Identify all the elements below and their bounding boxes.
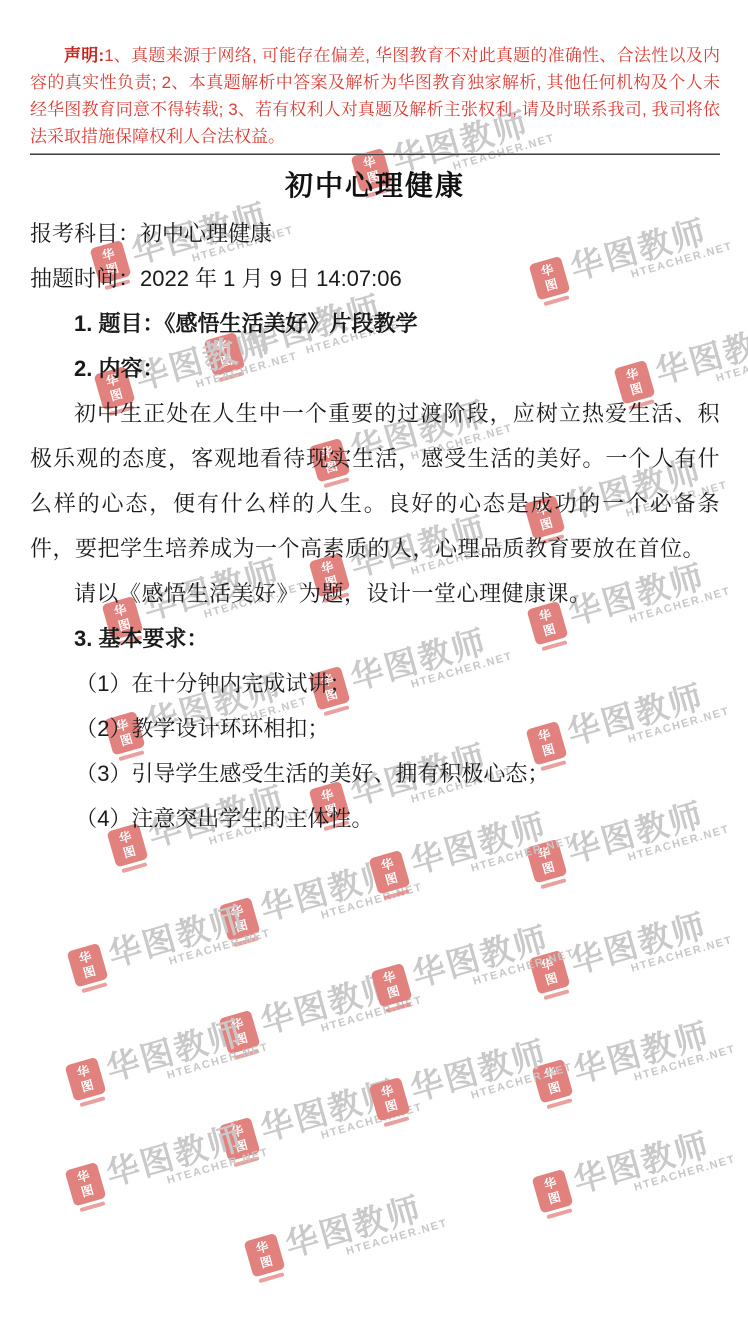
disclaimer-text: 1、真题来源于网络, 可能存在偏差, 华图教育不对此真题的准确性、合法性以及内容…: [30, 46, 720, 146]
task-paragraph: 请以《感悟生活美好》为题，设计一堂心理健康课。: [30, 571, 720, 616]
requirement-item-2: （2）教学设计环环相扣；: [30, 706, 720, 751]
watermark: 华图华图教师HTEACHER.NET: [71, 1164, 271, 1234]
page-title: 初中心理健康: [30, 165, 720, 207]
watermark: 华图华图教师HTEACHER.NET: [250, 1235, 450, 1305]
huatu-logo-icon: 华图: [370, 962, 412, 1007]
content-heading: 2. 内容：: [30, 346, 720, 391]
watermark: 华图华图教师HTEACHER.NET: [538, 1171, 738, 1241]
requirement-item-4: （4）注意突出学生的主体性。: [30, 796, 720, 841]
disclaimer-label: 声明:: [64, 46, 104, 65]
huatu-logo-icon: 华图: [368, 1076, 410, 1121]
subject-label: 报考科目：: [30, 221, 140, 246]
draw-time-label: 抽题时间：: [30, 266, 140, 291]
watermark: 华图华图教师HTEACHER.NET: [73, 945, 273, 1015]
disclaimer-paragraph: 声明:1、真题来源于网络, 可能存在偏差, 华图教育不对此真题的准确性、合法性以…: [30, 42, 720, 150]
requirements-heading: 3. 基本要求：: [30, 616, 720, 661]
requirement-item-3: （3）引导学生感受生活的美好、拥有积极心态；: [30, 751, 720, 796]
subject-value: 初中心理健康: [140, 221, 272, 246]
watermark: 华图华图教师HTEACHER.NET: [377, 965, 577, 1035]
header-divider: [30, 153, 720, 155]
huatu-logo-icon: 华图: [368, 849, 410, 894]
huatu-logo-icon: 华图: [66, 942, 108, 987]
document-content: 声明:1、真题来源于网络, 可能存在偏差, 华图教育不对此真题的准确性、合法性以…: [0, 0, 748, 841]
huatu-logo-icon: 华图: [64, 1161, 106, 1206]
requirement-item-1: （1）在十分钟内完成试讲；: [30, 661, 720, 706]
content-paragraph: 初中生正处在人生中一个重要的过渡阶段，应树立热爱生活、积极乐观的态度，客观地看待…: [30, 391, 720, 571]
document-page: 华图华图教师HTEACHER.NET华图华图教师HTEACHER.NET华图华图…: [0, 0, 748, 1335]
huatu-logo-icon: 华图: [64, 1056, 106, 1101]
watermark: 华图华图教师HTEACHER.NET: [375, 1079, 575, 1149]
draw-time-line: 抽题时间：2022 年 1 月 9 日 14:07:06: [30, 256, 720, 301]
question-title-heading: 1. 题目：《感悟生活美好》片段教学: [30, 301, 720, 346]
huatu-logo-icon: 华图: [243, 1232, 285, 1277]
watermark: 华图华图教师HTEACHER.NET: [375, 852, 575, 922]
huatu-logo-icon: 华图: [531, 1168, 573, 1213]
draw-time-value: 2022 年 1 月 9 日 14:07:06: [140, 266, 402, 291]
subject-line: 报考科目：初中心理健康: [30, 211, 720, 256]
document-body: 报考科目：初中心理健康 抽题时间：2022 年 1 月 9 日 14:07:06…: [30, 211, 720, 841]
